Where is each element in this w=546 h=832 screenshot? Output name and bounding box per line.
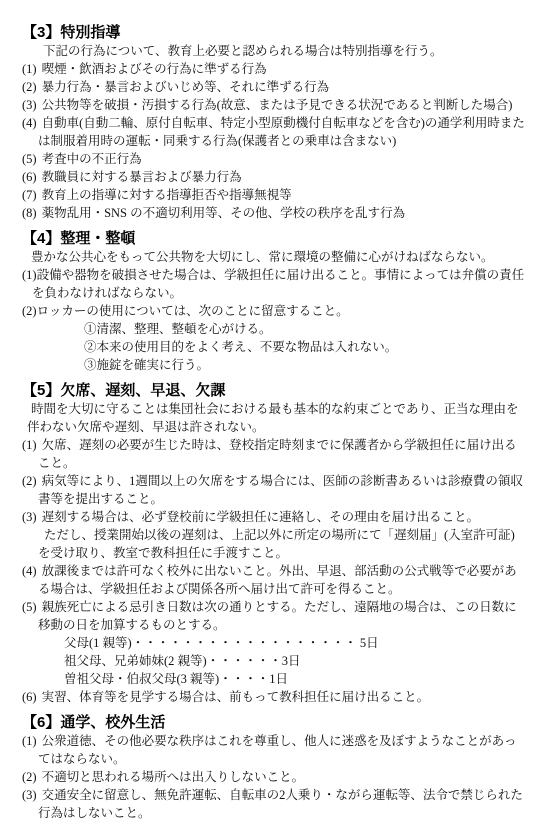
list-item-note: ただし、授業開始以後の遅刻は、上記以外に所定の場所にて「遅刻届」(入室許可証)を… [22, 526, 526, 562]
list-item: (5)親族死亡による忌引き日数は次の通りとする。ただし、遠隔地の場合は、この日数… [22, 598, 526, 634]
item-number: (1) [22, 438, 37, 452]
list-item: (4)放課後までは許可なく校外に出ないこと。外出、早退、部活動の公式戦等で必要が… [22, 562, 526, 598]
item-number: (8) [22, 206, 37, 220]
item-text: ロッカーの使用については、次のことに留意すること。 [37, 304, 349, 318]
item-number: (5) [22, 600, 37, 614]
section-tidiness: 【4】整理・整頓 豊かな公共心をもって公共物を大切にし、常に環境の整備に心がけね… [22, 230, 526, 374]
item-text: 教育上の指導に対する指導拒否や指導無視等 [42, 188, 292, 202]
list-item: (1)設備や器物を破損させた場合は、学級担任に届け出ること。事情によっては弁償の… [22, 266, 526, 302]
item-text: 実習、体育等を見学する場合は、前もって教科担任に届け出ること。 [42, 690, 430, 704]
section-absence-tardiness: 【5】欠席、遅刻、早退、欠課 時間を大切に守ることは集団社会における最も基本的な… [22, 382, 526, 706]
section-intro: 時間を大切に守ることは集団社会における最も基本的な約束ごとであり、正当な理由を伴… [22, 400, 526, 436]
item-number: (5) [22, 152, 37, 166]
list-item: (1)公衆道徳、その他必要な秩序はこれを尊重し、他人に迷惑を及ぼすようなことがあ… [22, 732, 526, 768]
list-item: (1)欠席、遅刻の必要が生じた時は、登校指定時刻までに保護者から学級担任に届け出… [22, 436, 526, 472]
document-page: 【3】特別指導 下記の行為について、教育上必要と認められる場合は特別指導を行う。… [0, 0, 546, 832]
item-number: (1) [22, 62, 37, 76]
item-number: (2) [22, 770, 37, 784]
item-text: 不適切と思われる場所へは出入りしないこと。 [42, 770, 305, 784]
item-number: (4) [22, 116, 37, 130]
item-text: 考査中の不正行為 [42, 152, 142, 166]
list-item: (2)ロッカーの使用については、次のことに留意すること。 [22, 302, 526, 320]
section-heading: 【3】特別指導 [22, 24, 526, 42]
mourning-days-grandparents-siblings: 祖父母、兄弟姉妹(2 親等)・・・・・・3日 [22, 652, 526, 670]
sub-list-item: ③施錠を確実に行う。 [22, 356, 526, 374]
item-text: 喫煙・飲酒およびその行為に準ずる行為 [42, 62, 267, 76]
list-item: (6)教職員に対する暴言および暴力行為 [22, 168, 526, 186]
item-number: (3) [22, 510, 37, 524]
item-number: (4) [22, 564, 37, 578]
item-text: 遅刻する場合は、必ず登校前に学級担任に連絡し、その理由を届け出ること。 [42, 510, 480, 524]
item-text: 公共物等を破損・汚損する行為(故意、または予見できる状況であると判断した場合) [42, 98, 513, 112]
item-number: (7) [22, 188, 37, 202]
item-text: 放課後までは許可なく校外に出ないこと。外出、早退、部活動の公式戦等で必要がある場… [38, 564, 517, 596]
item-text: 薬物乱用・SNS の不適切利用等、その他、学校の秩序を乱す行為 [42, 206, 406, 220]
list-item: (3)交通安全に留意し、無免許運転、自転車の2人乗り・ながら運転等、法令で禁じら… [22, 786, 526, 822]
list-item: (3)公共物等を破損・汚損する行為(故意、または予見できる状況であると判断した場… [22, 96, 526, 114]
mourning-days-great-grandparents: 曽祖父母・伯叔父母(3 親等)・・・・1日 [22, 670, 526, 688]
item-number: (6) [22, 690, 37, 704]
list-item: (2)暴力行為・暴言およびいじめ等、それに準ずる行為 [22, 78, 526, 96]
section-heading: 【5】欠席、遅刻、早退、欠課 [22, 382, 526, 400]
section-intro: 豊かな公共心をもって公共物を大切にし、常に環境の整備に心がけねばならない。 [22, 248, 526, 266]
sub-list-item: ②本来の使用目的をよく考え、不要な物品は入れない。 [22, 338, 526, 356]
section-commuting-outside-school: 【6】通学、校外生活 (1)公衆道徳、その他必要な秩序はこれを尊重し、他人に迷惑… [22, 714, 526, 822]
item-text: 暴力行為・暴言およびいじめ等、それに準ずる行為 [42, 80, 330, 94]
list-item: (7)教育上の指導に対する指導拒否や指導無視等 [22, 186, 526, 204]
list-item: (4)自動車(自動二輪、原付自転車、特定小型原動機付自転車などを含む)の通学利用… [22, 114, 526, 150]
list-item: (5)考査中の不正行為 [22, 150, 526, 168]
list-item: (1)喫煙・飲酒およびその行為に準ずる行為 [22, 60, 526, 78]
section-heading: 【6】通学、校外生活 [22, 714, 526, 732]
item-number: (2) [22, 80, 37, 94]
list-item: (3)遅刻する場合は、必ず登校前に学級担任に連絡し、その理由を届け出ること。 [22, 508, 526, 526]
list-item: (2)不適切と思われる場所へは出入りしないこと。 [22, 768, 526, 786]
item-number: (2) [22, 474, 37, 488]
item-text: 公衆道徳、その他必要な秩序はこれを尊重し、他人に迷惑を及ぼすようなことがあっては… [38, 734, 516, 766]
sub-list-item: ①清潔、整理、整頓を心がける。 [22, 320, 526, 338]
item-number: (3) [22, 98, 37, 112]
item-number: (2) [22, 304, 37, 318]
item-text: 病気等により、1週間以上の欠席をする場合には、医師の診断書あるいは診療費の領収書… [38, 474, 523, 506]
item-text: 自動車(自動二輪、原付自転車、特定小型原動機付自転車などを含む)の通学利用時また… [38, 116, 525, 148]
item-text: 交通安全に留意し、無免許運転、自転車の2人乗り・ながら運転等、法令で禁じられた行… [38, 788, 523, 820]
section-special-guidance: 【3】特別指導 下記の行為について、教育上必要と認められる場合は特別指導を行う。… [22, 24, 526, 222]
item-number: (1) [22, 268, 37, 282]
item-text: 教職員に対する暴言および暴力行為 [42, 170, 242, 184]
section-heading: 【4】整理・整頓 [22, 230, 526, 248]
list-item: (8)薬物乱用・SNS の不適切利用等、その他、学校の秩序を乱す行為 [22, 204, 526, 222]
item-number: (6) [22, 170, 37, 184]
list-item: (2)病気等により、1週間以上の欠席をする場合には、医師の診断書あるいは診療費の… [22, 472, 526, 508]
item-text: 親族死亡による忌引き日数は次の通りとする。ただし、遠隔地の場合は、この日数に移動… [38, 600, 517, 632]
mourning-days-parents: 父母(1 親等)・・・・・・・・・・・・・・・・・・ 5日 [22, 634, 526, 652]
item-text: 設備や器物を破損させた場合は、学級担任に届け出ること。事情によっては弁償の責任を… [32, 268, 524, 300]
item-text: 欠席、遅刻の必要が生じた時は、登校指定時刻までに保護者から学級担任に届け出ること… [38, 438, 517, 470]
item-number: (3) [22, 788, 37, 802]
section-intro: 下記の行為について、教育上必要と認められる場合は特別指導を行う。 [22, 42, 526, 60]
item-number: (1) [22, 734, 37, 748]
list-item: (6)実習、体育等を見学する場合は、前もって教科担任に届け出ること。 [22, 688, 526, 706]
